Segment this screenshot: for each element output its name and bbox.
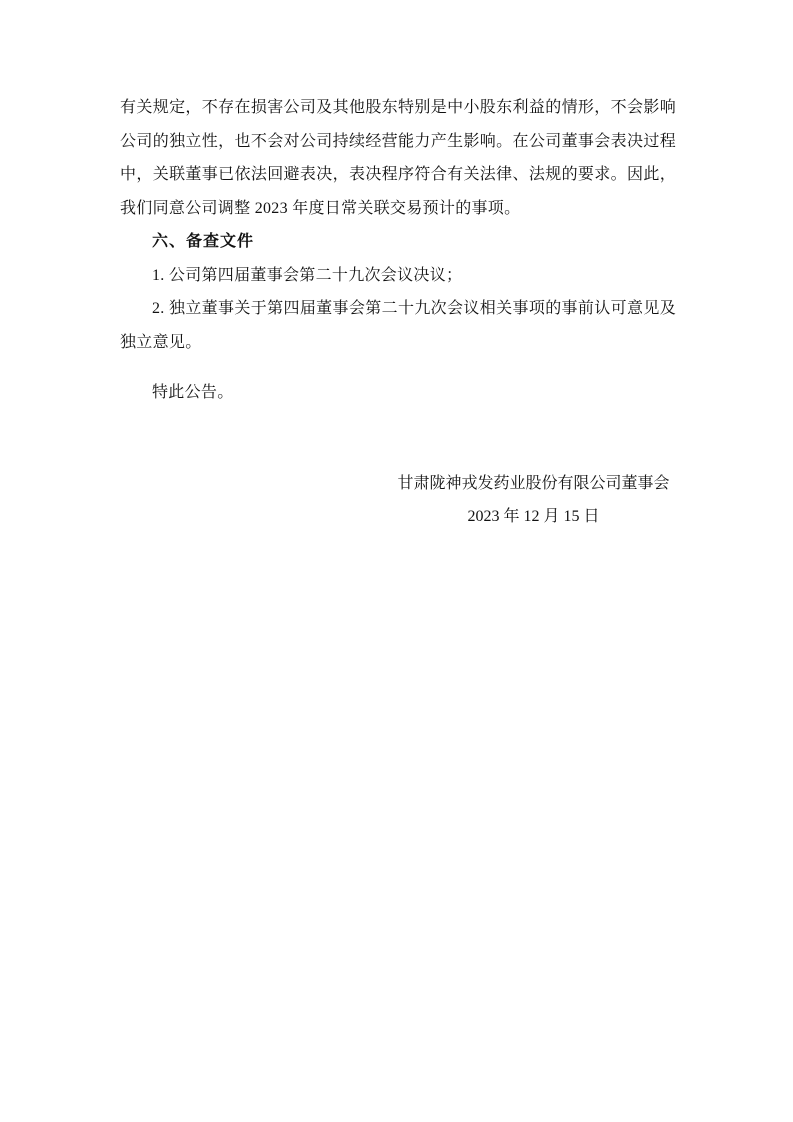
document-page: 有关规定，不存在损害公司及其他股东特别是中小股东利益的情形，不会影响公司的独立性… [0,0,793,1122]
list-item-1: 1. 公司第四届董事会第二十九次会议决议； [120,259,676,293]
signature-date: 2023 年 12 月 15 日 [391,500,676,534]
document-content: 有关规定，不存在损害公司及其他股东特别是中小股东利益的情形，不会影响公司的独立性… [120,0,676,534]
signature-block: 甘肃陇神戎发药业股份有限公司董事会 2023 年 12 月 15 日 [391,467,676,534]
closing-statement: 特此公告。 [120,376,676,410]
body-paragraph-continuation: 有关规定，不存在损害公司及其他股东特别是中小股东利益的情形，不会影响公司的独立性… [120,91,676,225]
signature-company-name: 甘肃陇神戎发药业股份有限公司董事会 [391,467,676,501]
section-heading-reference-documents: 六、备查文件 [120,225,676,259]
list-item-2: 2. 独立董事关于第四届董事会第二十九次会议相关事项的事前认可意见及独立意见。 [120,292,676,359]
